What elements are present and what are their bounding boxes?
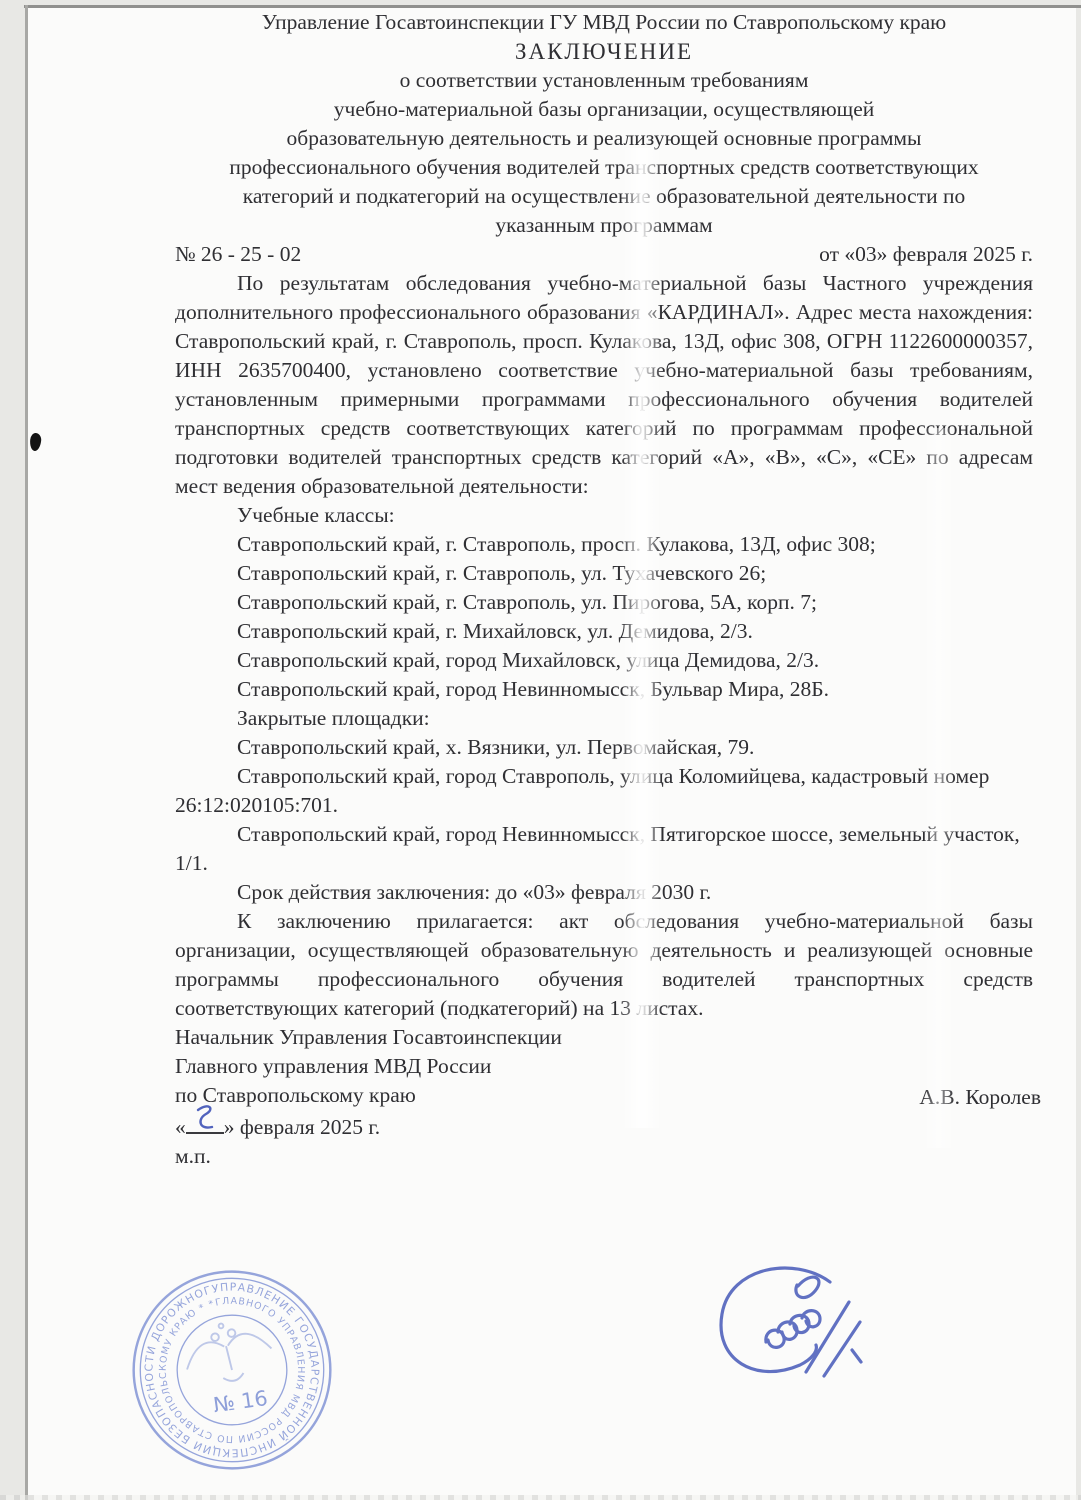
class-address-item: Ставропольский край, город Михайловск, у… bbox=[175, 646, 1033, 675]
doc-number: № 26 - 25 - 02 bbox=[175, 240, 301, 269]
attachment-paragraph: К заключению прилагается: акт обследован… bbox=[175, 907, 1033, 1023]
signer-position-line: по Ставропольскому краю bbox=[175, 1081, 1033, 1110]
handwritten-day-mark bbox=[186, 1110, 224, 1134]
document-title: ЗАКЛЮЧЕНИЕ bbox=[175, 37, 1033, 66]
validity-line: Срок действия заключения: до «03» феврал… bbox=[175, 878, 1033, 907]
stamp-number: № 16 bbox=[212, 1386, 270, 1417]
official-stamp: УПРАВЛЕНИЕ ГОСУДАРСТВЕННОЙ ИНСПЕКЦИИ БЕЗ… bbox=[106, 1244, 358, 1496]
class-address-item: Ставропольский край, город Невинномысск,… bbox=[175, 675, 1033, 704]
subtitle-line: о соответствии установленным требованиям bbox=[175, 66, 1033, 95]
class-address-item: Ставропольский край, г. Ставрополь, ул. … bbox=[175, 588, 1033, 617]
ground-address-item: Ставропольский край, город Невинномысск,… bbox=[175, 820, 1033, 878]
subtitle-line: профессионального обучения водителей тра… bbox=[175, 153, 1033, 182]
class-address-item: Ставропольский край, г. Ставрополь, ул. … bbox=[175, 559, 1033, 588]
ink-blot-mark bbox=[29, 432, 42, 451]
doc-meta-row: № 26 - 25 - 02 от «03» февраля 2025 г. bbox=[175, 240, 1033, 269]
subtitle-line: образовательную деятельность и реализующ… bbox=[175, 124, 1033, 153]
signer-position-line: Главного управления МВД России bbox=[175, 1052, 1033, 1081]
subtitle-line: учебно-материальной базы организации, ос… bbox=[175, 95, 1033, 124]
grounds-label: Закрытые площадки: bbox=[175, 704, 1033, 733]
signer-position-line: Начальник Управления Госавтоинспекции bbox=[175, 1023, 1033, 1052]
class-address-item: Ставропольский край, г. Михайловск, ул. … bbox=[175, 617, 1033, 646]
document-page: Управление Госавтоинспекции ГУ МВД Росси… bbox=[28, 8, 1076, 1500]
class-address-item: Ставропольский край, г. Ставрополь, прос… bbox=[175, 530, 1033, 559]
subtitle-line: категорий и подкатегорий на осуществлени… bbox=[175, 182, 1033, 211]
mp-label: м.п. bbox=[175, 1142, 1033, 1171]
scan-bottom-noise bbox=[0, 1495, 1081, 1500]
issuing-authority-line: Управление Госавтоинспекции ГУ МВД Росси… bbox=[175, 8, 1033, 37]
handwritten-day-squiggle bbox=[193, 1100, 217, 1134]
document-content: Управление Госавтоинспекции ГУ МВД Росси… bbox=[175, 8, 1033, 1171]
subtitle-line: указанным программам bbox=[175, 211, 1033, 240]
date-close-quote-and-rest: » февраля 2025 г. bbox=[224, 1115, 380, 1139]
body-paragraph: По результатам обследования учебно-матер… bbox=[175, 269, 1033, 501]
classes-label: Учебные классы: bbox=[175, 501, 1033, 530]
date-open-quote: « bbox=[175, 1115, 186, 1139]
document-subtitle: о соответствии установленным требованиям… bbox=[175, 66, 1033, 240]
signer-name: А.В. Королев bbox=[919, 1083, 1041, 1112]
signature-date-line: «» февраля 2025 г. bbox=[175, 1110, 1033, 1142]
handwritten-signature bbox=[700, 1262, 875, 1387]
doc-date: от «03» февраля 2025 г. bbox=[819, 240, 1033, 269]
signature-block: Начальник Управления Госавтоинспекции Гл… bbox=[175, 1023, 1033, 1171]
ground-address-item: Ставропольский край, город Ставрополь, у… bbox=[175, 762, 1033, 820]
ground-address-item: Ставропольский край, х. Вязники, ул. Пер… bbox=[175, 733, 1033, 762]
